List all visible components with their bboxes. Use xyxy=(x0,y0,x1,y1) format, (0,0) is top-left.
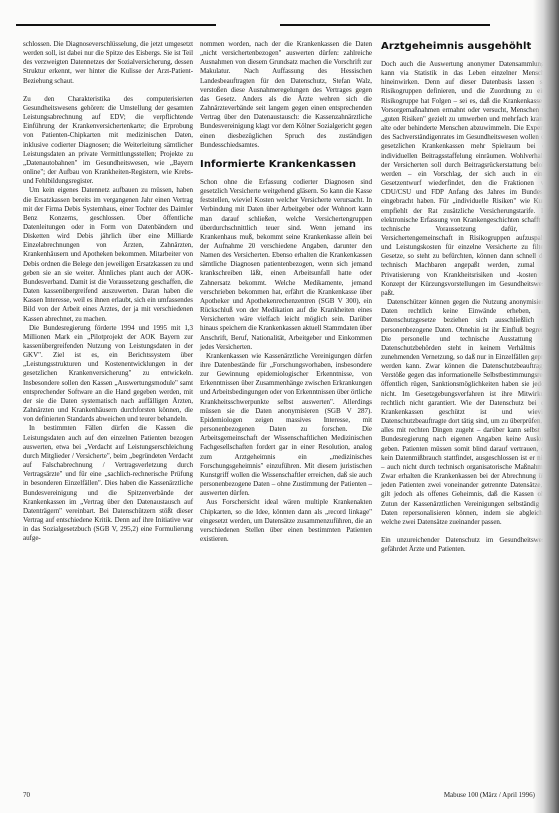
paragraph: Schon ohne die Erfassung codierter Diagn… xyxy=(200,178,372,352)
paragraph: Doch auch die Auswertung anonymer Datens… xyxy=(381,60,551,298)
paragraph: In bestimmten Fällen dürfen die Kassen d… xyxy=(23,424,193,543)
paragraph: Krankenkassen wie Kassenärztliche Verein… xyxy=(200,352,372,499)
paragraph: Zu den Charakteristika des computerisier… xyxy=(23,95,193,187)
paragraph: Um kein eigenes Datennetz aufbauen zu mü… xyxy=(23,186,193,323)
binding-shadow xyxy=(533,0,559,813)
top-rule-right xyxy=(280,24,490,26)
closing-paragraph: Ein unzureichender Datenschutz im Gesund… xyxy=(381,536,551,554)
paragraph: Die Bundesregierung förderte 1994 und 19… xyxy=(23,324,193,425)
paragraph: nommen worden, nach der die Krankenkasse… xyxy=(200,40,372,150)
paragraph: schlossen. Die Diagnoseverschlüsselung, … xyxy=(23,40,193,86)
column-3: Arztgeheimnis ausgehöhlt Doch auch die A… xyxy=(381,40,551,554)
publication-footer: Mabuse 100 (März / April 1996) xyxy=(444,791,535,800)
paragraph: Datenschützer können gegen die Nutzung a… xyxy=(381,298,551,527)
page-number: 70 xyxy=(23,791,30,800)
section-heading-arztgeheimnis: Arztgeheimnis ausgehöhlt xyxy=(381,40,551,54)
section-heading-informierte-krankenkassen: Informierte Krankenkassen xyxy=(200,158,372,172)
column-1: schlossen. Die Diagnoseverschlüsselung, … xyxy=(23,40,193,543)
paragraph: Aus Forschersicht ideal wären multiple K… xyxy=(200,498,372,544)
column-2: nommen worden, nach der die Krankenkasse… xyxy=(200,40,372,544)
top-rule-left xyxy=(16,24,216,26)
